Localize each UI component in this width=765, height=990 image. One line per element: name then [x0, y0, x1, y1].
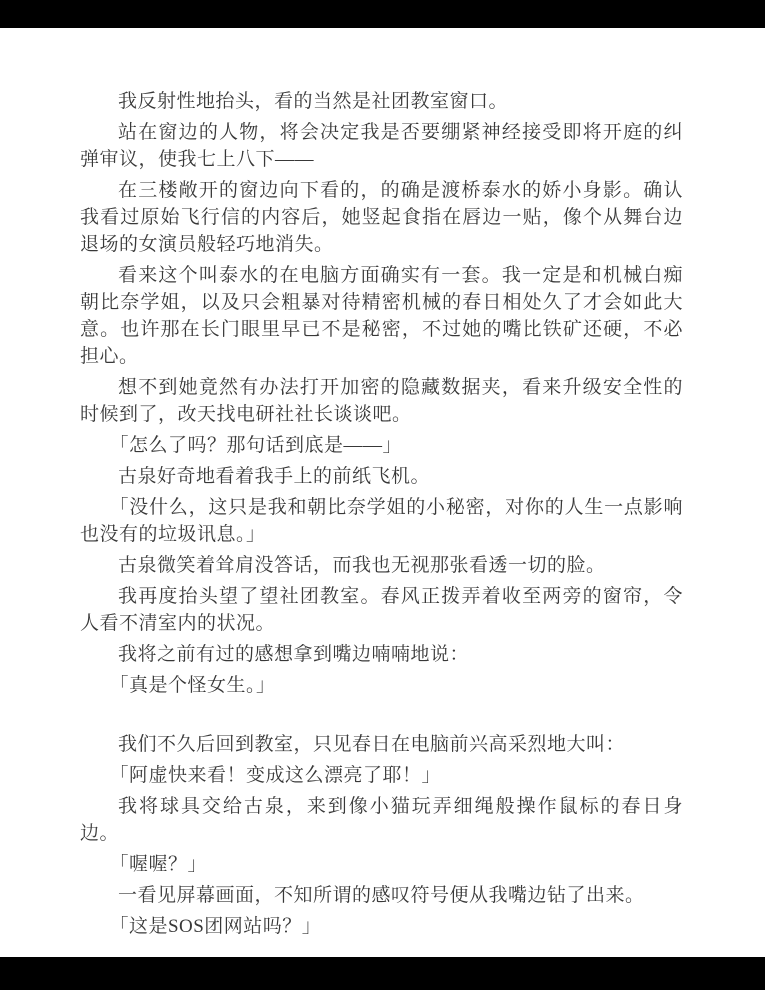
paragraph: 「喔喔？」 [80, 851, 683, 878]
scanned-book-page: 我反射性地抬头，看的当然是社团教室窗口。站在窗边的人物，将会决定我是否要绷紧神经… [0, 0, 765, 990]
paragraph: 我们不久后回到教室，只见春日在电脑前兴高采烈地大叫： [80, 731, 683, 758]
paragraph: 一看见屏幕画面，不知所谓的感叹符号便从我嘴边钻了出来。 [80, 882, 683, 909]
paragraph: 我反射性地抬头，看的当然是社团教室窗口。 [80, 88, 683, 115]
paragraph: 「真是个怪女生。」 [80, 672, 683, 699]
scene-break [80, 703, 683, 731]
page-text: 我反射性地抬头，看的当然是社团教室窗口。站在窗边的人物，将会决定我是否要绷紧神经… [0, 28, 765, 957]
paragraph: 古泉好奇地看着我手上的前纸飞机。 [80, 463, 683, 490]
paragraph: 「没什么，这只是我和朝比奈学姐的小秘密，对你的人生一点影响也没有的垃圾讯息。」 [80, 494, 683, 548]
paragraph: 古泉微笑着耸肩没答话，而我也无视那张看透一切的脸。 [80, 552, 683, 579]
top-letterbox-bar [0, 0, 765, 28]
paragraph: 在三楼敞开的窗边向下看的，的确是渡桥泰水的娇小身影。确认我看过原始飞行信的内容后… [80, 177, 683, 258]
paragraph: 我再度抬头望了望社团教室。春风正拨弄着收至两旁的窗帘，令人看不清室内的状况。 [80, 583, 683, 637]
paragraph: 「怎么了吗？那句话到底是——」 [80, 432, 683, 459]
paragraph: 站在窗边的人物，将会决定我是否要绷紧神经接受即将开庭的纠弹审议，使我七上八下—— [80, 119, 683, 173]
paragraph: 「阿虚快来看！变成这么漂亮了耶！」 [80, 762, 683, 789]
paragraph: 我将之前有过的感想拿到嘴边喃喃地说： [80, 641, 683, 668]
paragraph: 我将球具交给古泉，来到像小猫玩弄细绳般操作鼠标的春日身边。 [80, 793, 683, 847]
paragraph: 看来这个叫泰水的在电脑方面确实有一套。我一定是和机械白痴朝比奈学姐，以及只会粗暴… [80, 262, 683, 370]
paragraph: 「这是SOS团网站吗？」 [80, 913, 683, 940]
paragraph: 想不到她竟然有办法打开加密的隐藏数据夹，看来升级安全性的时候到了，改天找电研社社… [80, 374, 683, 428]
bottom-letterbox-bar [0, 957, 765, 990]
